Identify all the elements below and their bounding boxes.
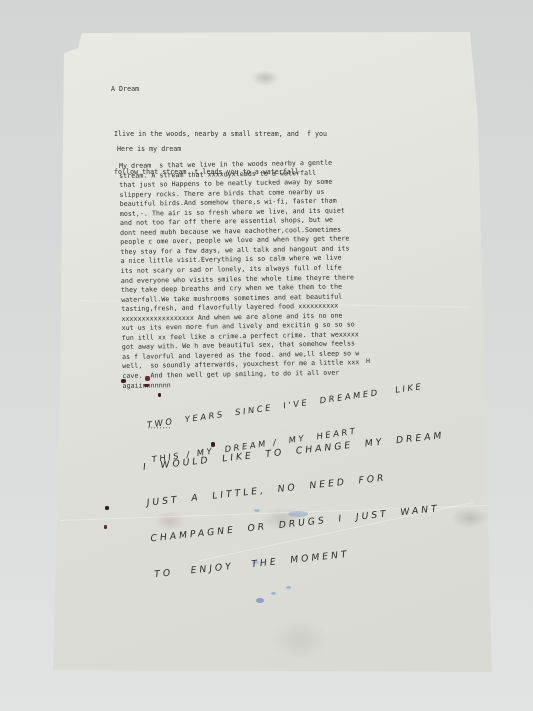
handwritten-separator: ,,,,,,,, [148, 423, 171, 430]
blue-ink-smudge [271, 592, 276, 595]
intro-line: Ilive in the woods, nearby a small strea… [114, 128, 327, 141]
blue-ink-smudge [286, 586, 291, 589]
document-title: A Dream [111, 84, 139, 95]
handwritten-note-2: I WOULD LIKE TO CHANGE MY DREAM JUST A L… [140, 406, 458, 593]
ink-spot [105, 506, 109, 510]
initial-mark: H [366, 357, 370, 365]
ink-spot [144, 384, 149, 387]
section-heading: Here is my dream [117, 144, 181, 155]
handwritten-line: CHAMPAGNE OR DRUGS I JUST WANT [150, 502, 453, 546]
blue-ink-smudge [256, 598, 264, 603]
dream-body-text: My dream s that we live in the woods nea… [119, 158, 360, 391]
ink-spot [104, 525, 107, 529]
handwritten-line: I WOULD LIKE TO CHANGE MY DREAM [143, 430, 446, 474]
handwritten-line: JUST A LITTLE, NO NEED FOR [146, 466, 449, 510]
ink-spot [121, 379, 126, 383]
ink-spot [145, 376, 150, 381]
